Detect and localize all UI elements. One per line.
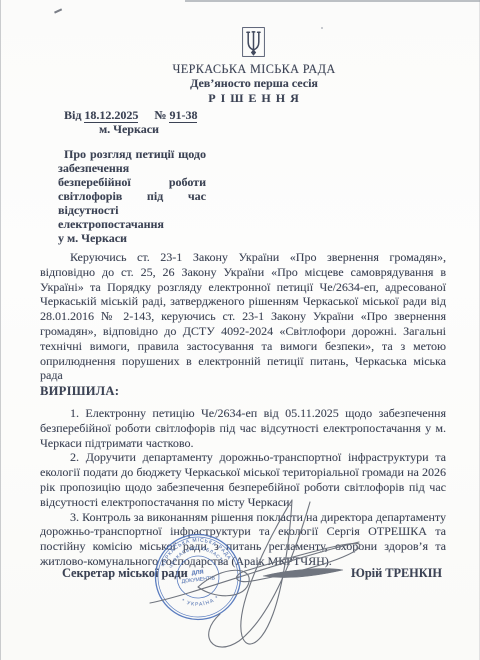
city-line: м. Черкаси <box>99 122 159 137</box>
scanned-decision-document: ЧЕРКАСЬКА МІСЬКА РАДА Дев’яносто перша с… <box>0 0 480 660</box>
handwritten-signature <box>140 495 370 660</box>
subject-line: світлофорів під час <box>58 189 206 203</box>
document-number: 91-38 <box>169 108 197 123</box>
date-number-line: Від 18.12.2025 № 91-38 <box>64 108 197 123</box>
document-date: 18.12.2025 <box>84 108 138 123</box>
subject-line: електропостачання <box>58 217 206 231</box>
document-type-title: Р І Ш Е Н Н Я <box>28 92 480 106</box>
date-label: Від <box>64 108 81 122</box>
decision-item-1: 1. Електронну петицію Че/2634-еп від 05.… <box>40 406 446 450</box>
scan-artifact-speck <box>321 27 323 29</box>
resolved-label: ВИРІШИЛА: <box>40 384 446 399</box>
scan-artifact-tick <box>54 8 62 13</box>
subject-block: Про розгляд петиції щодо забезпечення бе… <box>58 147 206 245</box>
subject-line: безперебійної роботи <box>58 175 206 189</box>
document-header: ЧЕРКАСЬКА МІСЬКА РАДА Дев’яносто перша с… <box>0 63 480 105</box>
subject-line: забезпечення <box>58 161 206 175</box>
subject-line: відсутності <box>58 203 206 217</box>
subject-line: Про розгляд петиції щодо <box>58 147 206 161</box>
scan-artifact-top-line <box>185 0 480 2</box>
number-sign: № <box>154 108 166 122</box>
tryzub-emblem-icon <box>242 26 265 58</box>
preamble-paragraph: Керуючись ст. 23-1 Закону України «Про з… <box>40 250 446 383</box>
organization-name: ЧЕРКАСЬКА МІСЬКА РАДА <box>28 63 480 77</box>
signature-bold-dash <box>263 569 343 578</box>
subject-line: у м. Черкаси <box>58 231 206 245</box>
session-line: Дев’яносто перша сесія <box>28 77 480 91</box>
